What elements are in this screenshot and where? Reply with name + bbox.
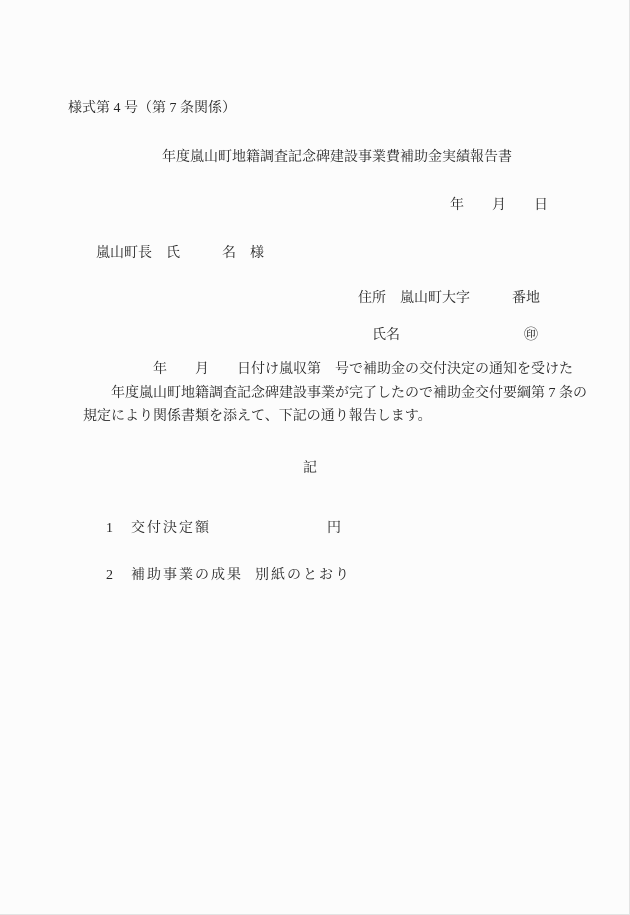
body-line-1: 年 月 日付け嵐収第 号で補助金の交付決定の通知を受けた [83, 363, 573, 377]
item-number: 2 [106, 568, 115, 583]
section-marker: 記 [303, 462, 317, 476]
document-page: 様式第 4 号（第 7 条関係） 年度嵐山町地籍調査記念碑建設事業費補助金実績報… [0, 0, 630, 915]
item-number: 1 [106, 521, 115, 536]
seal-mark-icon: ㊞ [524, 328, 538, 343]
item-label: 補助事業の成果 [131, 568, 243, 583]
form-number: 様式第 4 号（第 7 条関係） [68, 102, 236, 116]
item-row-grant-amount: 1交付決定額円 [84, 508, 343, 550]
item-unit: 円 [327, 521, 343, 536]
body-line-2: 年度嵐山町地籍調査記念碑建設事業が完了したので補助金交付要綱第 7 条の [83, 387, 587, 401]
addressee-line: 嵐山町長 氏 名 様 [96, 247, 264, 261]
item-label: 交付決定額 [131, 521, 211, 536]
item-row-project-results: 2補助事業の成果別紙のとおり [84, 555, 351, 597]
item-value: 別紙のとおり [255, 568, 351, 583]
name-label: 氏名 [372, 328, 400, 343]
address-line: 住所 嵐山町大字 番地 [358, 292, 540, 306]
date-line: 年 月 日 [450, 199, 548, 213]
body-line-3: 規定により関係書類を添えて、下記の通り報告します。 [83, 410, 432, 424]
document-title: 年度嵐山町地籍調査記念碑建設事業費補助金実績報告書 [162, 151, 512, 165]
name-line: 氏名㊞ [358, 315, 538, 357]
